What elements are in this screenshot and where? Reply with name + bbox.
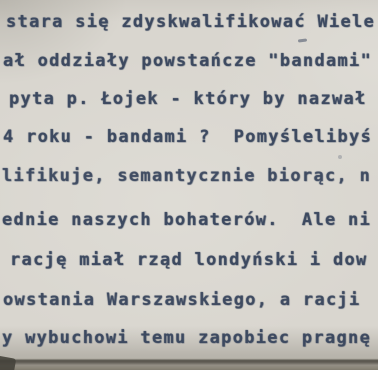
text-line: rację miał rząd londyński i dow: [10, 250, 368, 270]
corner-smudge: [0, 355, 16, 370]
text-line: owstania Warszawskiego, a racji: [3, 290, 361, 310]
text-line: stara się zdyskwalifikować Wiele: [6, 12, 375, 32]
typewritten-card: stara się zdyskwalifikować Wiele ał oddz…: [0, 0, 378, 370]
text-line: ednie naszych bohaterów. Ale ni: [2, 210, 371, 230]
text-line: ał oddziały powstańcze "bandami": [3, 51, 372, 71]
text-line: pyta p. Łojek - który by nazwał: [9, 89, 367, 109]
ink-speckle: [338, 155, 342, 159]
ink-speckle: [298, 38, 307, 42]
text-line: 4 roku - bandami ? Pomyślelibyś: [3, 127, 372, 147]
card-bottom-edge: [0, 358, 378, 370]
text-line: lifikuje, semantycznie biorąc, n: [2, 166, 371, 186]
text-line: y wybuchowi temu zapobiec pragnę: [2, 328, 371, 348]
